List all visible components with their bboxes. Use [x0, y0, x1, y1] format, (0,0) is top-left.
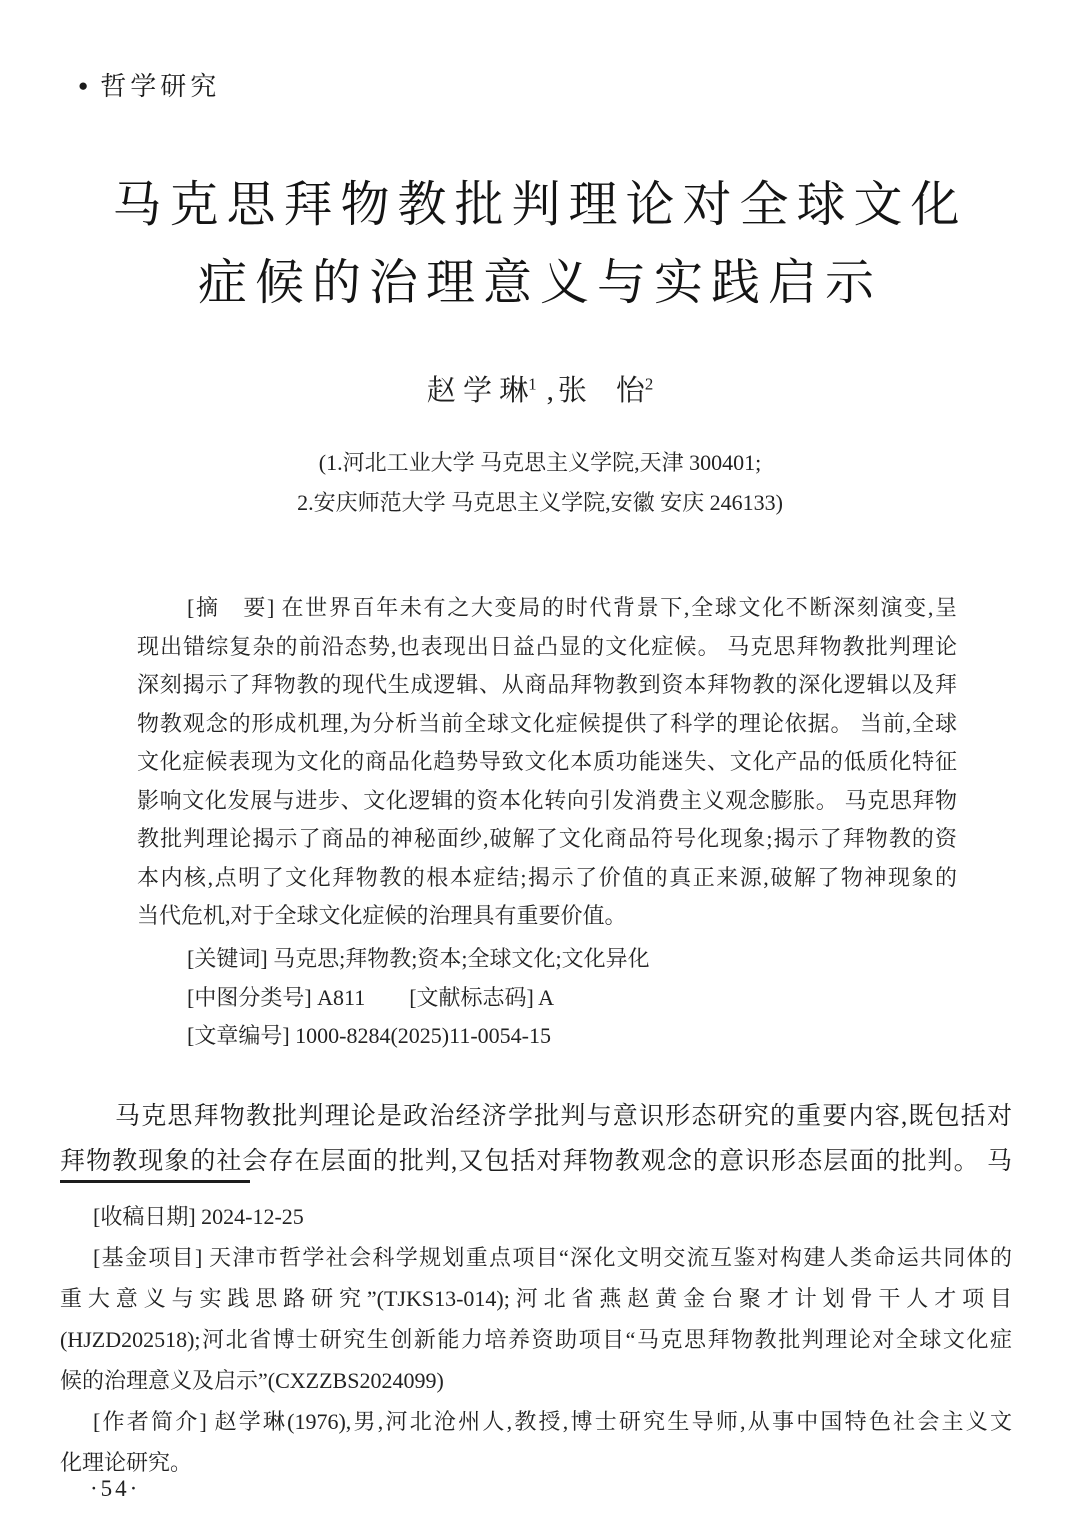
body-paragraph: 马克思拜物教批判理论是政治经济学批判与意识形态研究的重要内容,既包括对拜物教现象…	[60, 1094, 1012, 1184]
abstract-line: 现出错综复杂的前沿态势,也表现出日益凸显的文化症候。 马克思拜物教批判理论	[137, 628, 957, 667]
meta-line: [中图分类号] A811 [文献标志码] A	[137, 979, 957, 1018]
abstract-line: 深刻揭示了拜物教的现代生成逻辑、从商品拜物教到资本拜物教的深化逻辑以及拜	[137, 666, 957, 705]
abstract-line: 物教观念的形成机理,为分析当前全球文化症候提供了科学的理论依据。 当前,全球	[137, 705, 957, 744]
article-title: 马克思拜物教批判理论对全球文化 症候的治理意义与实践启示	[0, 166, 1080, 322]
author: 张 怡2	[558, 375, 653, 407]
abstract-line: 本内核,点明了文化拜物教的根本症结;揭示了价值的真正来源,破解了物神现象的	[137, 859, 957, 898]
body-line: 马克思拜物教批判理论是政治经济学批判与意识形态研究的重要内容,既包括对	[60, 1094, 1012, 1139]
page-number: ·54·	[90, 1476, 140, 1502]
footnotes: [收稿日期] 2024-12-25[基金项目] 天津市哲学社会科学规划重点项目“…	[60, 1196, 1012, 1483]
article-title-line2: 症候的治理意义与实践启示	[0, 244, 1080, 322]
footnote-line: [作者简介] 赵学琳(1976),男,河北沧州人,教授,博士研究生导师,从事中国…	[60, 1401, 1012, 1442]
author-affiliation-sup: 1	[528, 374, 536, 393]
footnote-divider	[60, 1180, 250, 1183]
author-name: 赵 学 琳	[427, 375, 529, 407]
article-title-line1: 马克思拜物教批判理论对全球文化	[0, 166, 1080, 244]
body-line: 拜物教现象的社会存在层面的批判,又包括对拜物教观念的意识形态层面的批判。 马	[60, 1139, 1012, 1184]
affiliation-line: (1.河北工业大学 马克思主义学院,天津 300401;	[0, 443, 1080, 483]
footnote-line: (HJZD202518);河北省博士研究生创新能力培养资助项目“马克思拜物教批判…	[60, 1319, 1012, 1360]
meta-line: [关键词] 马克思;拜物教;资本;全球文化;文化异化	[137, 940, 957, 979]
meta-line: [文章编号] 1000-8284(2025)11-0054-15	[137, 1017, 957, 1056]
article-meta: [关键词] 马克思;拜物教;资本;全球文化;文化异化[中图分类号] A811 […	[137, 940, 957, 1056]
section-category: ●哲学研究	[78, 66, 220, 103]
bullet-icon: ●	[78, 76, 88, 95]
footnote-line: [基金项目] 天津市哲学社会科学规划重点项目“深化文明交流互鉴对构建人类命运共同…	[60, 1237, 1012, 1278]
authors: 赵 学 琳1,张 怡2	[0, 368, 1080, 409]
abstract-line: 当代危机,对于全球文化症候的治理具有重要价值。	[137, 897, 957, 936]
author-affiliation-sup: 2	[645, 374, 653, 393]
affiliation-line: 2.安庆师范大学 马克思主义学院,安徽 安庆 246133)	[0, 483, 1080, 523]
affiliations: (1.河北工业大学 马克思主义学院,天津 300401;2.安庆师范大学 马克思…	[0, 443, 1080, 523]
footnote-line: 候的治理意义及启示”(CXZZBS2024099)	[60, 1360, 1012, 1401]
footnote-line: 重大意义与实践思路研究”(TJKS13-014);河北省燕赵黄金台聚才计划骨干人…	[60, 1278, 1012, 1319]
abstract: [摘 要] 在世界百年未有之大变局的时代背景下,全球文化不断深刻演变,呈现出错综…	[137, 589, 957, 936]
footnote-line: 化理论研究。	[60, 1442, 1012, 1483]
abstract-line: 文化症候表现为文化的商品化趋势导致文化本质功能迷失、文化产品的低质化特征	[137, 743, 957, 782]
author: 赵 学 琳1	[427, 375, 537, 407]
journal-page: ●哲学研究 马克思拜物教批判理论对全球文化 症候的治理意义与实践启示 赵 学 琳…	[0, 0, 1080, 1518]
category-label: 哲学研究	[100, 72, 220, 101]
author-name: 张 怡	[558, 375, 645, 407]
abstract-line: 教批判理论揭示了商品的神秘面纱,破解了文化商品符号化现象;揭示了拜物教的资	[137, 820, 957, 859]
footnote-line: [收稿日期] 2024-12-25	[60, 1196, 1012, 1237]
author-separator: ,	[547, 375, 554, 407]
abstract-line: 影响文化发展与进步、文化逻辑的资本化转向引发消费主义观念膨胀。 马克思拜物	[137, 782, 957, 821]
abstract-line: [摘 要] 在世界百年未有之大变局的时代背景下,全球文化不断深刻演变,呈	[137, 589, 957, 628]
